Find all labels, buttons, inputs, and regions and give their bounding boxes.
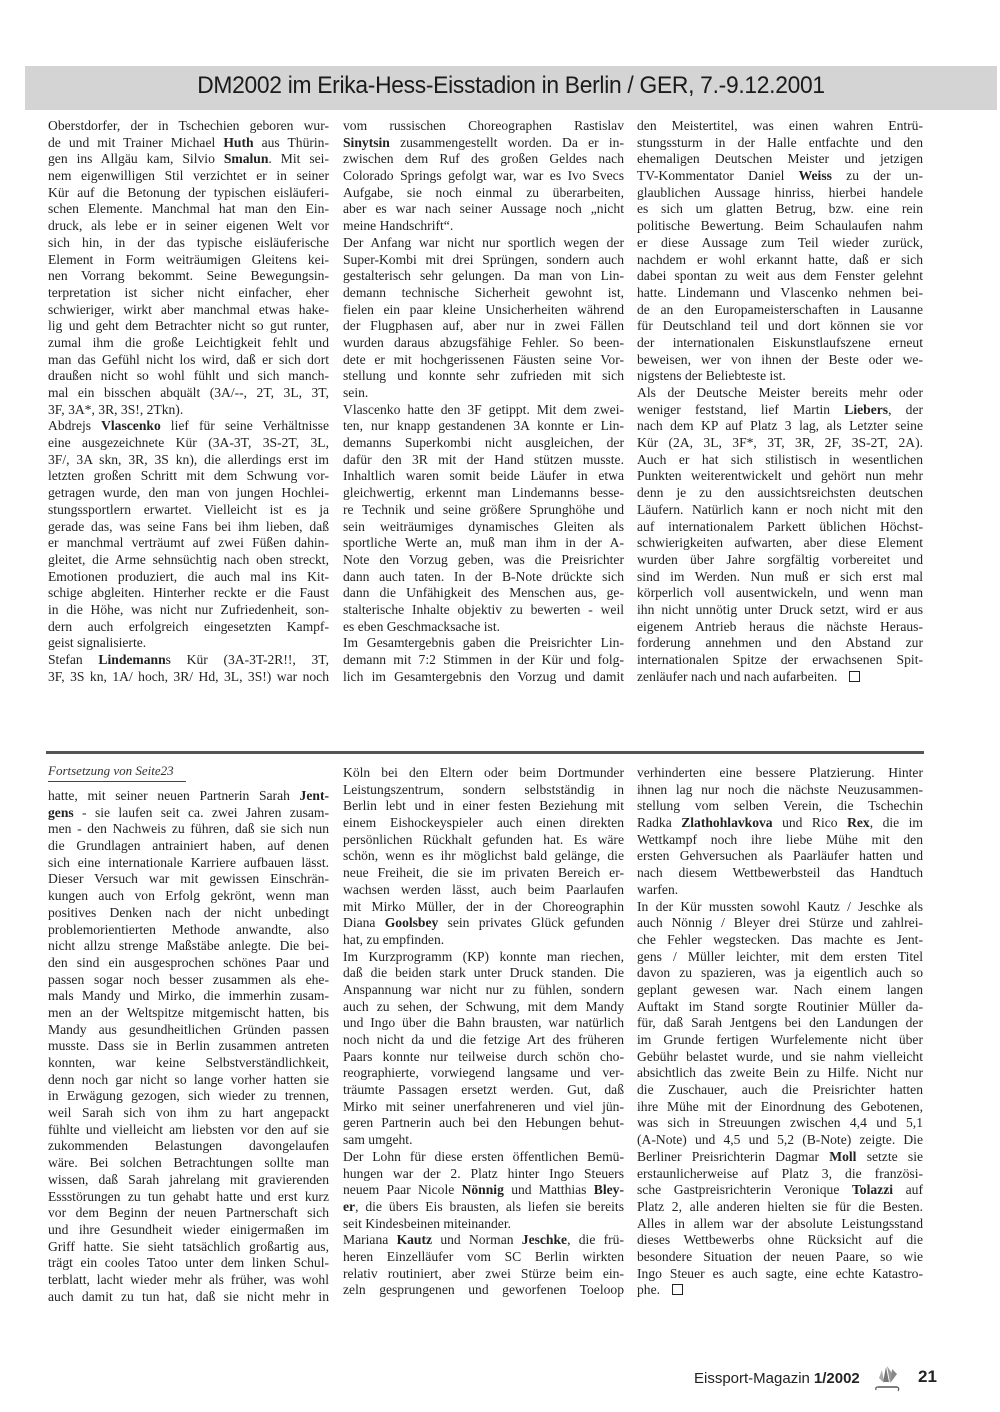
text-line: Stefan Lindemanns Kür (3A-3T-2R!!, 3T, <box>48 652 329 669</box>
text-line: wurden daraus abzugsfähige Fehler. So be… <box>343 335 624 352</box>
text-line: zenläufer nach und nach aufarbeiten. <box>637 669 923 686</box>
text-line: Auftakt im Stand sorgte Routinier Müller… <box>637 999 923 1016</box>
name-highlight: Zlathohlavkova <box>681 815 772 830</box>
article-title: DM2002 im Erika-Hess-Eisstadion in Berli… <box>49 72 972 100</box>
text-line: wurden über Jahre sorgfältig vorbereitet… <box>637 552 923 569</box>
text-line: neuem Paar Nicole Nönnig und Matthias Bl… <box>343 1182 624 1199</box>
text-line: internationalen Spitze der erwachsenen S… <box>637 652 923 669</box>
text-line: Als der Deutsche Meister bereits mehr od… <box>637 385 923 402</box>
text-line: 3F, 3S kn, 1A/ hoch, 3R/ Hd, 3L, 3S!) wa… <box>48 669 329 686</box>
text-line: erstaunlicherweise auf Platz 3, die fran… <box>637 1166 923 1183</box>
text-line: demann mit 7:2 Stimmen in der Kür und fo… <box>343 652 624 669</box>
text-line: Leistungszentrum, sondern selbstständig … <box>343 782 624 799</box>
text-line: schwieriger, wirkt aber manchmal etwas h… <box>48 302 329 319</box>
text-line: wachsen werden lässt, auch beim Paarlauf… <box>343 882 624 899</box>
name-highlight: Jent- <box>300 788 329 803</box>
section-divider <box>46 751 924 754</box>
text-line: de an den Europameisterschaften in Lausa… <box>637 302 923 319</box>
name-highlight: Kautz <box>397 1232 433 1247</box>
text-line: Paars konnte nur teilweise durch schön c… <box>343 1049 624 1066</box>
text-line: für Deutschland teil und dort können sie… <box>637 318 923 335</box>
text-line: konnten, war keine Selbstverständlichkei… <box>48 1055 329 1072</box>
text-line: forderung annehmen und den Abstand zur <box>637 635 923 652</box>
text-line: sam umgeht. <box>343 1132 624 1149</box>
text-line: Note den Vorzug geben, was die Preisrich… <box>343 552 624 569</box>
text-line: fühlte und vielleicht am liebsten vor de… <box>48 1122 329 1139</box>
text-line: politische Bewertung. Beim Schaulaufen n… <box>637 218 923 235</box>
text-line: gleitet, die Arme sehnsüchtig nach oben … <box>48 552 329 569</box>
text-line: Essstörungen zu tun gehabt hatte und ers… <box>48 1189 329 1206</box>
text-line: daß die beiden stark unter Druck standen… <box>343 965 624 982</box>
name-highlight: Nönnig <box>462 1182 504 1197</box>
text-line: demanns Superkombi nicht ausgleichen, de… <box>343 435 624 452</box>
text-line: (A-Note) und 4,5 und 5,2 (B-Note) zeigte… <box>637 1132 923 1149</box>
text-line: Der Anfang war nicht nur sportlich wegen… <box>343 235 624 252</box>
continuation-label: Fortsetzung von Seite23 <box>48 763 174 779</box>
text-line: ihnen lag nur noch die nächste Neuzusamm… <box>637 782 923 799</box>
text-line: sche Gastpreisrichterin Veronique Tolazz… <box>637 1182 923 1199</box>
text-line: seit Kindesbeinen miteinander. <box>343 1216 624 1233</box>
text-line: geist signalisierte. <box>48 635 329 652</box>
text-line: beweisen, wer von ihnen der Beste oder w… <box>637 352 923 369</box>
text-line: glaublichen Aussage hinriss, hierbei han… <box>637 185 923 202</box>
text-line: warfen. <box>637 882 923 899</box>
name-highlight: Liebers <box>844 402 888 417</box>
text-line: geren Partnerin auch bei den Hebungen be… <box>343 1115 624 1132</box>
text-line: schön, wenn es ihr möglichst bald geläng… <box>343 848 624 865</box>
name-highlight: Moll <box>829 1149 856 1164</box>
text-line: positives Denken nach der nicht unbeding… <box>48 905 329 922</box>
text-line: Anspannung war nicht nur zu fühlen, sond… <box>343 982 624 999</box>
name-highlight: Tolazzi <box>852 1182 893 1197</box>
text-line: lig und geht dem Betrachter nicht so gut… <box>48 318 329 335</box>
text-line: geplant gewesen war. Nach einem langen <box>637 982 923 999</box>
text-line: sich hin, in der das typische eisläuferi… <box>48 235 329 252</box>
text-line: problemorientierten Methode anwandte, al… <box>48 922 329 939</box>
text-line: hatte. Lindemann und Vlascenko nehmen be… <box>637 285 923 302</box>
text-line: Mirko mit seiner unerfahreneren und viel… <box>343 1099 624 1116</box>
text-line: weniger feststand, lief Martin Liebers, … <box>637 402 923 419</box>
text-line: Radka Zlathohlavkova und Rico Rex, die i… <box>637 815 923 832</box>
text-line: gleichwertig, erkennt man Lindemanns bes… <box>343 485 624 502</box>
text-line: Diana Goolsbey sein privates Glück gefun… <box>343 915 624 932</box>
text-line: weil Sarah sich von ihm zu hart angepack… <box>48 1105 329 1122</box>
bottom-column-3: verhinderten eine bessere Platzierung. H… <box>637 765 923 1299</box>
bottom-column-2: Köln bei den Eltern oder beim Dortmunder… <box>343 765 624 1299</box>
text-line: sein weiträumiges dynamisches Gleiten al… <box>343 519 624 536</box>
text-line: mal ein bisschen abquält (3A/--, 2T, 3L,… <box>48 385 329 402</box>
text-line: die Zuschauer, auch die Preisrichter hat… <box>637 1082 923 1099</box>
text-line: denn je zu den aussichtsreichsten deutsc… <box>637 485 923 502</box>
text-line: neue Freiheit, die sie im privaten Berei… <box>343 865 624 882</box>
text-line: hatte, mit seiner neuen Partnerin Sarah … <box>48 788 329 805</box>
text-line: auch Nönnig / Bleyer drei Stürze und zah… <box>637 915 923 932</box>
text-line: den sind ein ausgesprochen schönes Paar … <box>48 955 329 972</box>
text-line: davon zu spazieren, was ja eigentlich au… <box>637 965 923 982</box>
text-line: gerade das, was seine Fans bei ihm liebe… <box>48 519 329 536</box>
text-line: verhinderten eine bessere Platzierung. H… <box>637 765 923 782</box>
bottom-column-1: hatte, mit seiner neuen Partnerin Sarah … <box>48 788 329 1305</box>
text-line: stalterische Inhalte objektiv zu bewerte… <box>343 602 624 619</box>
text-line: zukommenden Belastungen davongelaufen <box>48 1138 329 1155</box>
text-line: gens - sie laufen seit ca. zwei Jahren z… <box>48 805 329 822</box>
text-line: in die Höhe, was nicht nur Zufriedenheit… <box>48 602 329 619</box>
text-line: schige abgleiten. Hinterher reckte er di… <box>48 585 329 602</box>
text-line: Köln bei den Eltern oder beim Dortmunder <box>343 765 624 782</box>
text-line: phe. <box>637 1282 923 1299</box>
article-header-band: DM2002 im Erika-Hess-Eisstadion in Berli… <box>25 66 997 110</box>
text-line: Der Lohn für diese ersten öffentlichen B… <box>343 1149 624 1166</box>
text-line: heren Einzelläufer vom SC Berlin wirkten <box>343 1249 624 1266</box>
text-line: dieses Wettbewerbs ohne Rücksicht auf di… <box>637 1232 923 1249</box>
text-line: dann die Unfähigkeit des Menschen aus, g… <box>343 585 624 602</box>
text-line: dern auch erfolgreich eingesetzten Kampf… <box>48 619 329 636</box>
text-line: er, die übers Eis brausten, als liefen s… <box>343 1199 624 1216</box>
text-line: was sich in Streuungen zwischen 4,4 und … <box>637 1115 923 1132</box>
text-line: Griff hatte. Sie sieht tatsächlich großa… <box>48 1239 329 1256</box>
text-line: Colorado Springs gefolgt war, war es Ivo… <box>343 168 624 185</box>
article-end-square-icon <box>672 1284 683 1295</box>
text-line: ihre Mühe mit der Einordnung des Geboten… <box>637 1099 923 1116</box>
text-line: Auch er hat sich stilistisch in wesentli… <box>637 452 923 469</box>
text-line: eine ausgezeichnete Kür (3A-3T, 3S-2T, 3… <box>48 435 329 452</box>
name-highlight: Weiss <box>799 168 832 183</box>
text-line: nach dem KP auf Platz 3 lag, als Letzter… <box>637 418 923 435</box>
name-highlight: gens <box>48 805 74 820</box>
text-line: und ihre Gesundheit wieder einigermaßen … <box>48 1222 329 1239</box>
text-line: wäre. Bei solchen Betrachtungen sollte m… <box>48 1155 329 1172</box>
text-line: zwischen dem Ruf des großen Geldes nach <box>343 151 624 168</box>
text-line: hungen war der 2. Platz hinter Ingo Steu… <box>343 1166 624 1183</box>
text-line: dafür den 3R mit der Hand stützen musste… <box>343 452 624 469</box>
text-line: stungssturm in der Halle entfachte und d… <box>637 135 923 152</box>
text-line: körperlich voll ausentwickeln, und wenn … <box>637 585 923 602</box>
text-line: nachdem er wohl erkannt hatte, daß er si… <box>637 252 923 269</box>
text-line: Läufern. Natürlich kann er noch nicht mi… <box>637 502 923 519</box>
text-line: meine Handschrift“. <box>343 218 624 235</box>
text-line: Element in Form weiträumigen Gleitens ke… <box>48 252 329 269</box>
text-line: men an der Weltspitze mitgemischt hatten… <box>48 1005 329 1022</box>
text-line: sportliche Werte an, muß man ihm in der … <box>343 535 624 552</box>
text-line: sind im Werden. Nun muß er sich erst mal <box>637 569 923 586</box>
text-line: Oberstdorfer, der in Tschechien geboren … <box>48 118 329 135</box>
text-line: zeln gesprungenen und geworfenen Toeloop <box>343 1282 624 1299</box>
text-line: lich im Gesamtergebnis den Vorzug und da… <box>343 669 624 686</box>
text-line: Wettkampf noch ihre liebe Mühe mit den <box>637 832 923 849</box>
text-line: Gebühr belastet wurde, und sie nahm viel… <box>637 1049 923 1066</box>
text-line: der Flugphasen auf, aber nur in zwei Fäl… <box>343 318 624 335</box>
text-line: ehemaligen Deutschen Meister und jetzige… <box>637 151 923 168</box>
text-line: dann auch taten. In der B-Note drückte s… <box>343 569 624 586</box>
text-line: träumte Passagen ersetzt werden. Gut, da… <box>343 1082 624 1099</box>
text-line: Berliner Preisrichterin Dagmar Moll setz… <box>637 1149 923 1166</box>
text-line: für, daß Sarah Jentgens bei den Landunge… <box>637 1015 923 1032</box>
text-line: Ingo Steuer es auch sagte, eine echte Ka… <box>637 1266 923 1283</box>
text-line: man das Gefühl nicht los wird, daß er si… <box>48 352 329 369</box>
text-line: auf internationalem Parkett üblichen Höc… <box>637 519 923 536</box>
text-line: stellung vom selben Verein, die Tschechi… <box>637 798 923 815</box>
text-line: ihn nicht unnötig unter Druck setzt, wir… <box>637 602 923 619</box>
text-line: gen ins Allgäu kam, Silvio Smalun. Mit s… <box>48 151 329 168</box>
text-line: relativ routiniert, aber zwei Stürze bei… <box>343 1266 624 1283</box>
text-line: ten, nur knapp gestandenen 3A konnte er … <box>343 418 624 435</box>
text-line: men - den Nachweis zu führen, daß sie si… <box>48 821 329 838</box>
text-line: nen Vorrang bekommt. Seine Bewegungsin- <box>48 268 329 285</box>
text-line: er manchmal verträumt auf zwei Füßen dah… <box>48 535 329 552</box>
text-line: kungen auch von Erfolg gekrönt, wenn man <box>48 888 329 905</box>
text-line: Im Gesamtergebnis gaben die Preisrichter… <box>343 635 624 652</box>
page-number: 21 <box>918 1367 937 1387</box>
top-column-3: den Meistertitel, was einen wahren Entrü… <box>637 118 923 685</box>
text-line: der internationalen Eiskunstlaufszene er… <box>637 335 923 352</box>
text-line: Mandy aus gesundheitlichen Gründen passe… <box>48 1022 329 1039</box>
text-line: vom russischen Choreographen Rastislav <box>343 118 624 135</box>
name-highlight: Sinytsin <box>343 135 390 150</box>
text-line: nach diesem Wettbewerbsteil das Handtuch <box>637 865 923 882</box>
page-footer: Eissport-Magazin1/2002 <box>694 1370 860 1387</box>
text-line: musste. Dass sie in Berlin zusammen antr… <box>48 1038 329 1055</box>
name-highlight: Rex <box>847 815 870 830</box>
text-line: stungssportlern erwartet. Vielleicht ist… <box>48 502 329 519</box>
name-highlight: Bley- <box>594 1182 624 1197</box>
text-line: reographierte, vorwiegend langsame und v… <box>343 1065 624 1082</box>
text-line: letzten großen Schritt mit dem Schwung v… <box>48 468 329 485</box>
skate-wing-logo-icon <box>870 1364 904 1394</box>
text-line: vor dem Beginn der neuen Partnerschaft s… <box>48 1205 329 1222</box>
name-highlight: Lindemann <box>98 652 165 667</box>
text-line: Dieser Versuch war mit gewissen Einschrä… <box>48 871 329 888</box>
text-line: Aufgabe, sie noch einmal zu überarbeiten… <box>343 185 624 202</box>
text-line: re Technik und seine größere Sprunghöhe … <box>343 502 624 519</box>
text-line: TV-Kommentator Daniel Weiss zu der un- <box>637 168 923 185</box>
text-line: ersten Gehversuchen als Paarläufer hatte… <box>637 848 923 865</box>
text-line: Abdrejs Vlascenko lief für seine Verhält… <box>48 418 329 435</box>
text-line: getragen wurde, den man von jungen Hochl… <box>48 485 329 502</box>
text-line: persönlichen Rückhalt gefunden hat. Es w… <box>343 832 624 849</box>
text-line: und Ingo über die Bahn brausten, war nat… <box>343 1015 624 1032</box>
text-line: absichtlich das zweite Bein zu Hilfe. Ni… <box>637 1065 923 1082</box>
text-line: in Erwägung gezogen, sich wieder zu tren… <box>48 1088 329 1105</box>
text-line: In der Kür mussten sowohl Kautz / Jeschk… <box>637 899 923 916</box>
text-line: auch zu sehen, der Schwung, mit dem Mand… <box>343 999 624 1016</box>
text-line: besondere Situation der neuen Paare, so … <box>637 1249 923 1266</box>
text-line: zumal ihm die große Leichtigkeit fehlt u… <box>48 335 329 352</box>
text-line: Vlascenko hatte den 3F getippt. Mit dem … <box>343 402 624 419</box>
text-line: terblatt, lacht wieder mehr als früher, … <box>48 1272 329 1289</box>
name-highlight: Goolsbey <box>385 915 439 930</box>
text-line: druck, als lebe er in seiner eigenen Wel… <box>48 218 329 235</box>
name-highlight: er <box>343 1199 355 1214</box>
text-line: gestalterisch sehr gelungen. Da man von … <box>343 268 624 285</box>
issue-number: 1/2002 <box>814 1370 860 1387</box>
text-line: hat, zu empfinden. <box>343 932 624 949</box>
text-line: Kür auf die Betonung der typischen eislä… <box>48 185 329 202</box>
name-highlight: Vlascenko <box>101 418 161 433</box>
text-line: noch nicht da und die fetzige Art des fr… <box>343 1032 624 1049</box>
text-line: auch damit zu tun hat, daß sie nicht meh… <box>48 1289 329 1306</box>
text-line: che Fehler wegstecken. Das machte es Jen… <box>637 932 923 949</box>
text-line: aber es war nach seiner Aussage noch „ni… <box>343 201 624 218</box>
text-line: eigenem Antrieb heraus die nächste Herau… <box>637 619 923 636</box>
text-line: dete er mit hochgerissenen Fäusten seine… <box>343 352 624 369</box>
text-line: Inhaltlich waren somit beide Läufer in e… <box>343 468 624 485</box>
text-line: sein. <box>343 385 624 402</box>
text-line: dabei spontan zu weit aus dem Fenster ge… <box>637 268 923 285</box>
text-line: einem Eishockeyspieler auch einen direkt… <box>343 815 624 832</box>
article-end-square-icon <box>849 671 860 682</box>
text-line: Super-Kombi mit drei Sprüngen, sondern a… <box>343 252 624 269</box>
text-line: stellung und konnte sehr zufrieden mit s… <box>343 368 624 385</box>
text-line: schen Elemente. Manchmal hat man den Ein… <box>48 201 329 218</box>
continuation-rule <box>48 781 186 782</box>
text-line: im Grunde fertigen Wurfelemente nicht üb… <box>637 1032 923 1049</box>
text-line: es eben Geschmacksache ist. <box>343 619 624 636</box>
text-line: Mariana Kautz und Norman Jeschke, die fr… <box>343 1232 624 1249</box>
text-line: Emotionen produziert, die auch mal ins K… <box>48 569 329 586</box>
text-line: schwierigkeiten aufwarten, aber diese El… <box>637 535 923 552</box>
text-line: demann technische Sicherheit gewohnt ist… <box>343 285 624 302</box>
text-line: 3F/, 3A skn, 3R, 3S kn), die allerdings … <box>48 452 329 469</box>
text-line: nicht allzu strenge Maßstäbe anlegte. Di… <box>48 938 329 955</box>
top-column-1: Oberstdorfer, der in Tschechien geboren … <box>48 118 329 685</box>
text-line: Alles in allem war der absolute Leistung… <box>637 1216 923 1233</box>
text-line: es sich um glatten Betrug, bzw. eine rei… <box>637 201 923 218</box>
text-line: draußen nicht so wohl fühlt und sich man… <box>48 368 329 385</box>
text-line: mit Mirko Müller, der in der Choreograph… <box>343 899 624 916</box>
name-highlight: Huth <box>223 135 253 150</box>
text-line: mals Mandy und Mirko, die immerhin zusam… <box>48 988 329 1005</box>
magazine-name: Eissport-Magazin <box>694 1370 810 1387</box>
text-line: die Grundlagen antrainiert haben, auf de… <box>48 838 329 855</box>
text-line: passen sogar noch besser zusammen als eh… <box>48 972 329 989</box>
text-line: wissen, daß Sarah jahrelang mit graviere… <box>48 1172 329 1189</box>
top-column-2: vom russischen Choreographen RastislavSi… <box>343 118 624 685</box>
text-line: Berlin lebt und in einer festen Beziehun… <box>343 798 624 815</box>
text-line: Platz 2, alle anderen hielten sie für di… <box>637 1199 923 1216</box>
text-line: terpretation ist sicher nicht einfacher,… <box>48 285 329 302</box>
text-line: Sinytsin zusammengestellt worden. Da er … <box>343 135 624 152</box>
text-line: Im Kurzprogramm (KP) konnte man riechen, <box>343 949 624 966</box>
name-highlight: Smalun <box>224 151 269 166</box>
text-line: den Meistertitel, was einen wahren Entrü… <box>637 118 923 135</box>
text-line: 3F, 3A*, 3R, 3S!, 2Tkn). <box>48 402 329 419</box>
text-line: Kür (2A, 3L, 3F*, 3T, 3R, 2F, 3S-2T, 2A)… <box>637 435 923 452</box>
text-line: nigstens der Beliebteste ist. <box>637 368 923 385</box>
name-highlight: Jeschke <box>522 1232 567 1247</box>
text-line: trägt ein cooles Tatoo unter dem linken … <box>48 1255 329 1272</box>
text-line: de und mit Trainer Michael Huth aus Thür… <box>48 135 329 152</box>
text-line: fielen ein paar kleine Unsicherheiten wä… <box>343 302 624 319</box>
text-line: denn noch gar nicht so lange vorher hatt… <box>48 1072 329 1089</box>
text-line: gens / Müller leichter, mit dem ersten T… <box>637 949 923 966</box>
text-line: Punkten weiterentwickelt und gehört nun … <box>637 468 923 485</box>
text-line: sich eine internationale Karriere aufbau… <box>48 855 329 872</box>
text-line: er diese Aussage zum Teil wieder zurück, <box>637 235 923 252</box>
text-line: nem eigenwilligen Stil verzichtet er in … <box>48 168 329 185</box>
